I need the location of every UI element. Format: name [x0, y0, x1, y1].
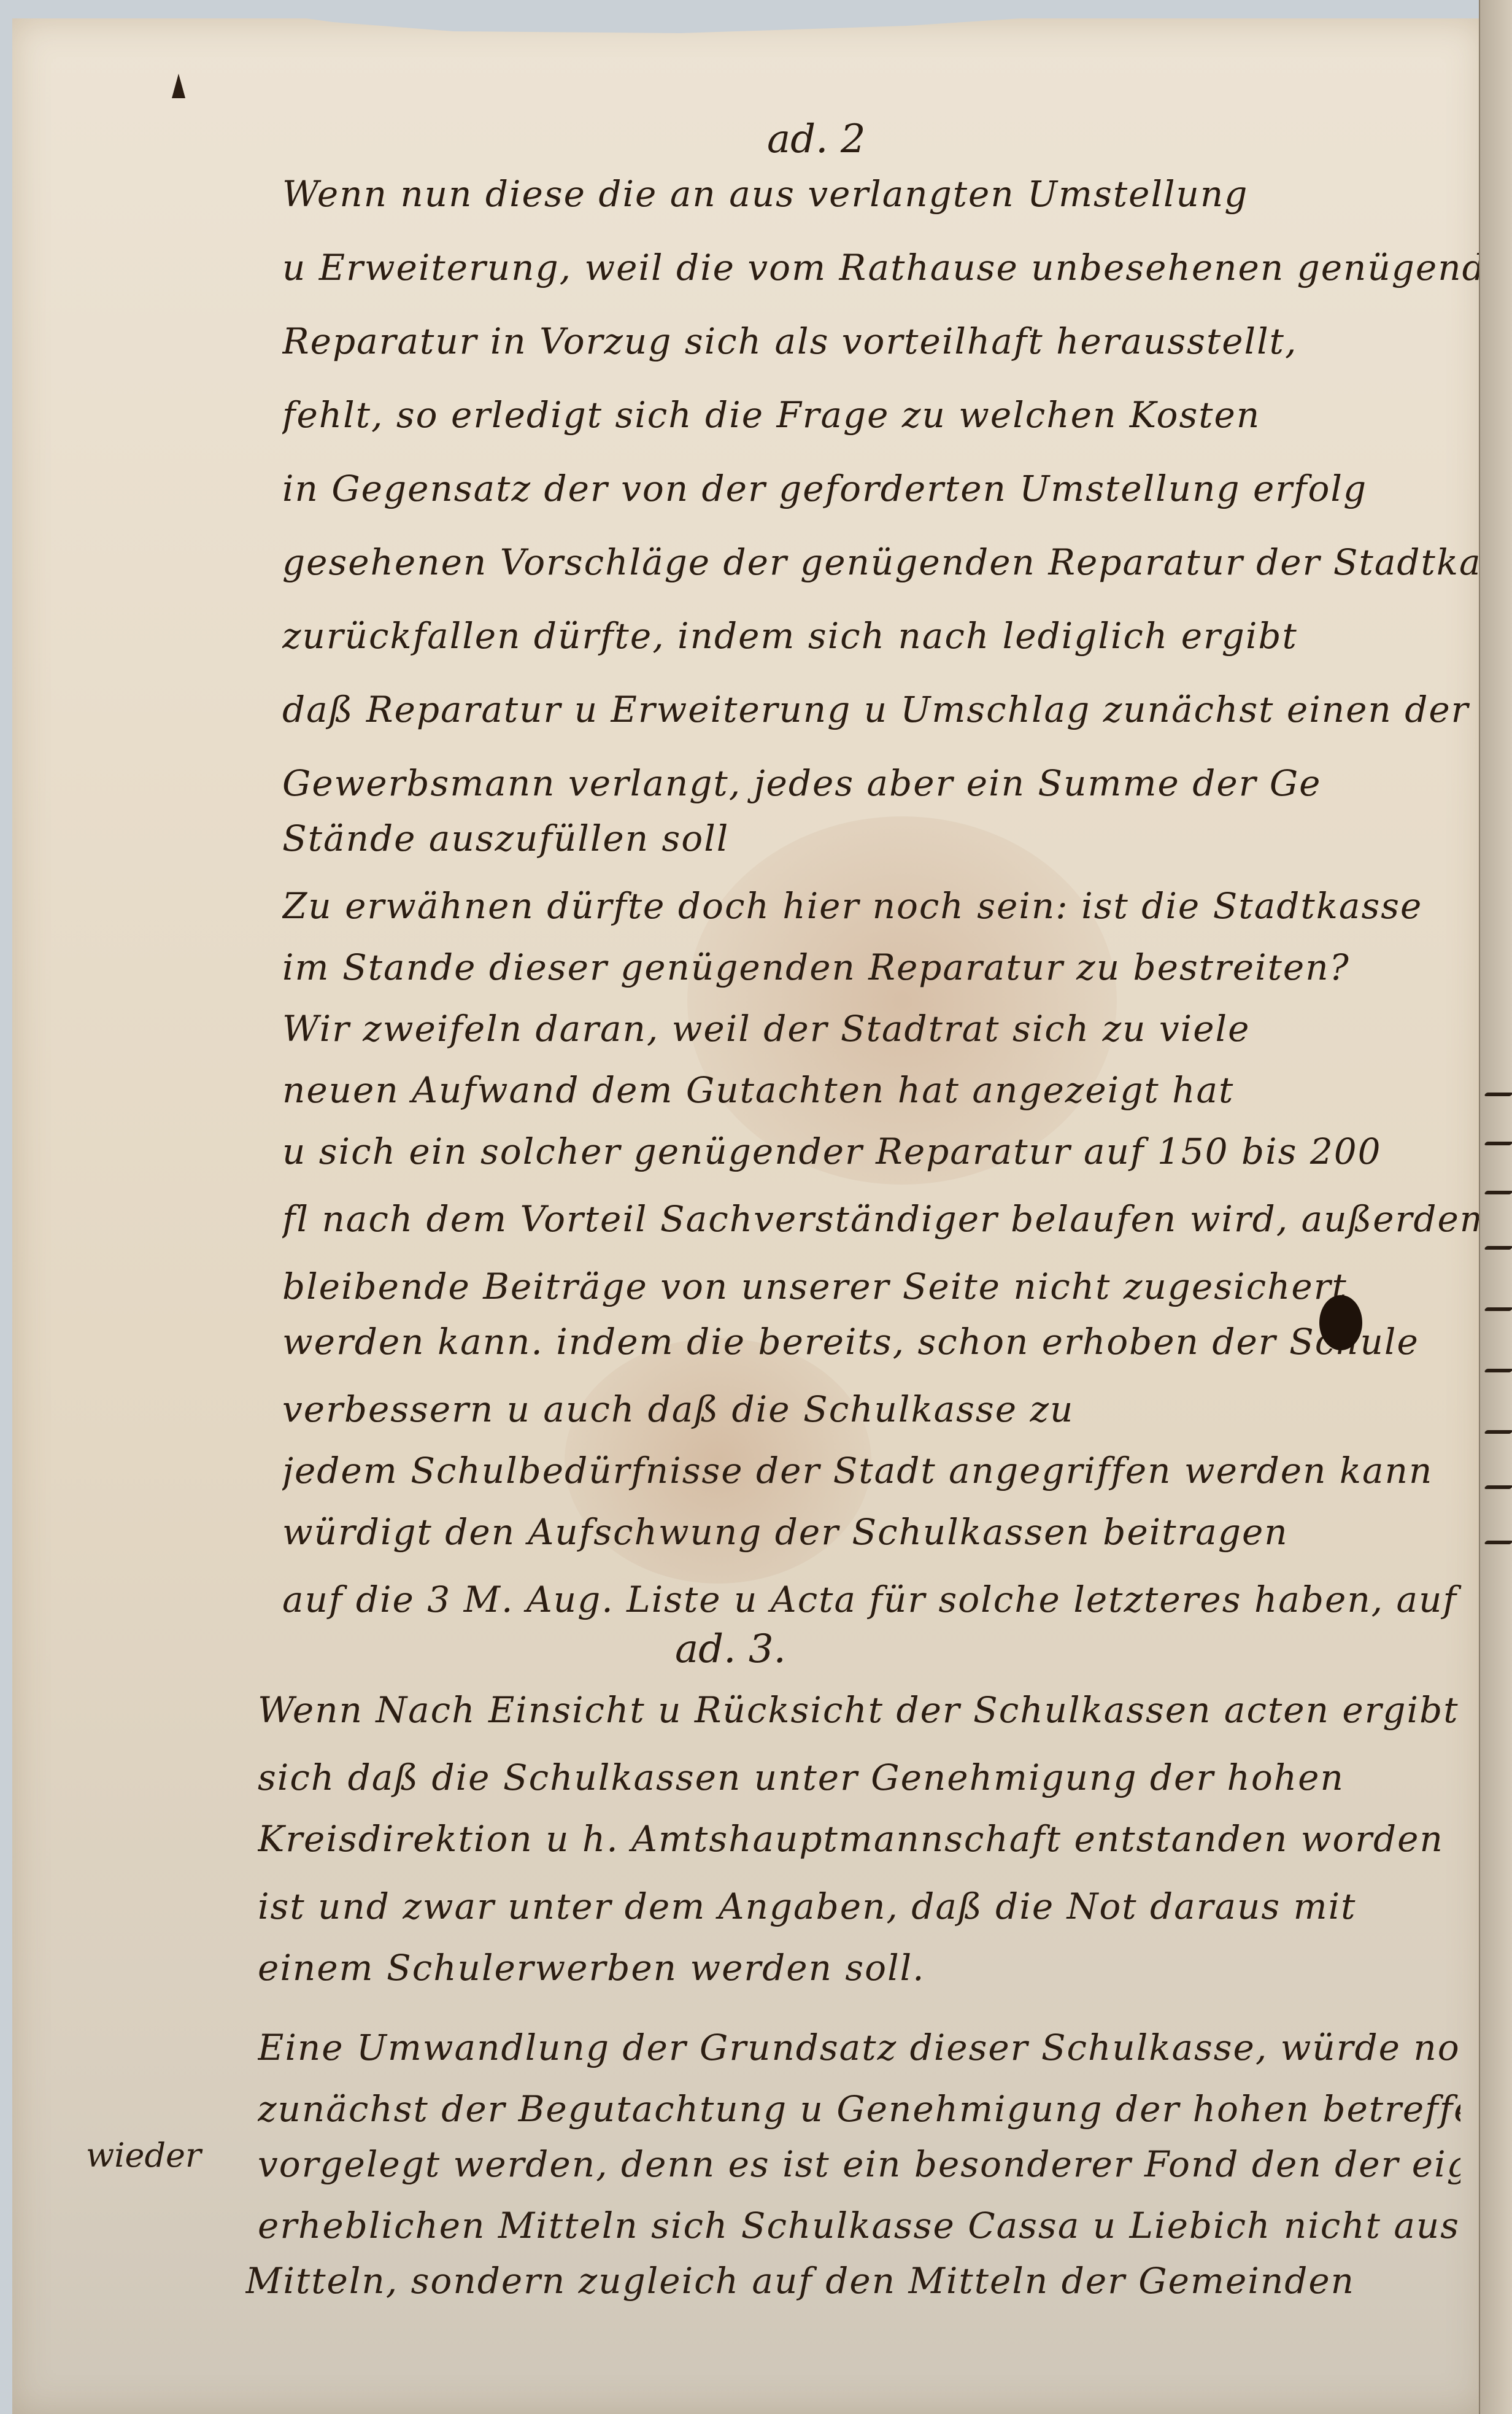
text-line: bleibende Beiträge von unserer Seite nic…: [282, 1264, 1485, 1309]
text-line: Wenn nun diese die an aus verlangten Ums…: [282, 172, 1485, 216]
text-line: u Erweiterung, weil die vom Rathause unb…: [282, 246, 1485, 290]
text-line: fehlt, so erledigt sich die Frage zu wel…: [282, 393, 1485, 437]
text-line: gesehenen Vorschläge der genügenden Repa…: [282, 540, 1485, 584]
section-heading-ad2: ad. 2: [767, 117, 866, 162]
adjacent-handwriting: [1484, 1369, 1512, 1372]
text-line: zurückfallen dürfte, indem sich nach led…: [282, 614, 1485, 658]
adjacent-handwriting: [1484, 1541, 1512, 1544]
text-line: Stände auszufüllen soll: [282, 816, 1485, 861]
text-line: Wir zweifeln daran, weil der Stadtrat si…: [282, 1007, 1485, 1051]
text-line: Wenn Nach Einsicht u Rücksicht der Schul…: [258, 1688, 1460, 1732]
text-line: u sich ein solcher genügender Reparatur …: [282, 1129, 1485, 1174]
text-line: einem Schulerwerben werden soll.: [258, 1946, 1460, 1990]
ink-blot: [1319, 1295, 1362, 1350]
text-line: werden kann. indem die bereits, schon er…: [282, 1320, 1485, 1364]
text-line: zunächst der Begutachtung u Genehmigung …: [258, 2087, 1460, 2131]
text-line: daß Reparatur u Erweiterung u Umschlag z…: [282, 687, 1485, 732]
adjacent-handwriting: [1484, 1142, 1512, 1145]
text-line: in Gegensatz der von der geforderten Ums…: [282, 466, 1485, 511]
section-heading-ad3: ad. 3.: [675, 1627, 786, 1672]
text-line: vorgelegt werden, denn es ist ein besond…: [258, 2142, 1460, 2186]
text-line: neuen Aufwand dem Gutachten hat angezeig…: [282, 1068, 1485, 1112]
text-line: Kreisdirektion u h. Amtshauptmannschaft …: [258, 1817, 1460, 1861]
text-line: Gewerbsmann verlangt, jedes aber ein Sum…: [282, 761, 1485, 805]
adjacent-handwriting: [1484, 1093, 1512, 1096]
text-line: jedem Schulbedürfnisse der Stadt angegri…: [282, 1449, 1485, 1493]
text-line: Mitteln, sondern zugleich auf den Mittel…: [245, 2259, 1448, 2303]
adjacent-handwriting: [1484, 1307, 1512, 1311]
text-line: im Stande dieser genügenden Reparatur zu…: [282, 945, 1485, 989]
text-line: erheblichen Mitteln sich Schulkasse Cass…: [258, 2203, 1460, 2248]
adjacent-handwriting: [1484, 1430, 1512, 1434]
margin-note: wieder: [86, 2136, 201, 2175]
adjacent-handwriting: [1484, 1485, 1512, 1489]
text-line: Zu erwähnen dürfte doch hier noch sein: …: [282, 884, 1485, 928]
adjacent-handwriting: [1484, 1191, 1512, 1194]
text-line: Eine Umwandlung der Grundsatz dieser Sch…: [258, 2025, 1460, 2070]
text-line: verbessern u auch daß die Schulkasse zu: [282, 1387, 1485, 1431]
adjacent-page-edge: [1479, 0, 1512, 2414]
manuscript-page: ad. 2 Wenn nun diese die an aus verlangt…: [12, 18, 1485, 2414]
ink-mark: [172, 74, 185, 98]
text-line: Reparatur in Vorzug sich als vorteilhaft…: [282, 319, 1485, 363]
text-line: auf die 3 M. Aug. Liste u Acta für solch…: [282, 1577, 1485, 1622]
text-line: ist und zwar unter dem Angaben, daß die …: [258, 1884, 1460, 1928]
text-line: fl nach dem Vorteil Sachverständiger bel…: [282, 1197, 1485, 1241]
text-line: sich daß die Schulkassen unter Genehmigu…: [258, 1755, 1460, 1800]
adjacent-handwriting: [1484, 1246, 1512, 1250]
text-line: würdigt den Aufschwung der Schulkassen b…: [282, 1510, 1485, 1554]
